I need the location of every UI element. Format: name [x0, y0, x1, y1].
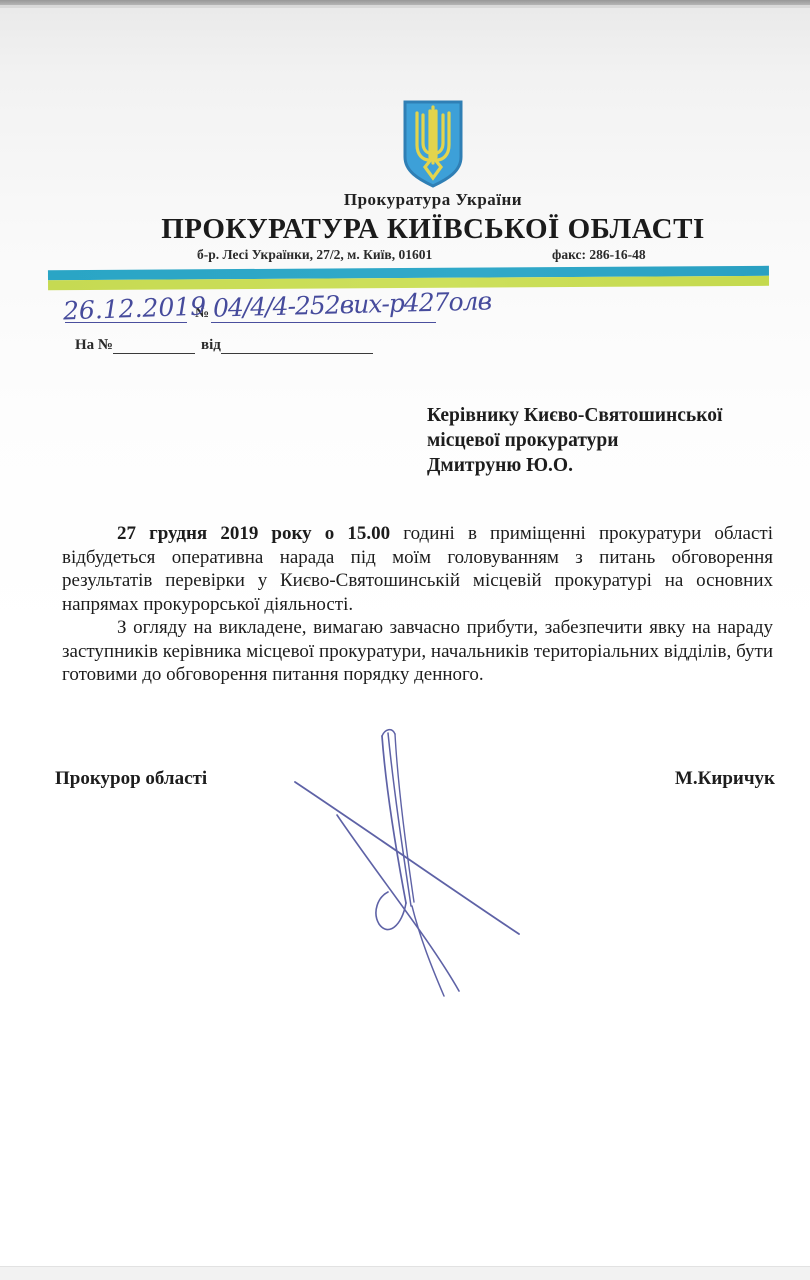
number-blank-line — [211, 322, 436, 323]
org-fax: факс: 286-16-48 — [552, 247, 646, 263]
signer-name: М.Киричук — [635, 768, 775, 790]
paragraph-2: З огляду на викладене, вимагаю завчасно … — [62, 616, 773, 687]
letter-body: 27 грудня 2019 року о 15.00 годині в при… — [62, 522, 773, 687]
letterhead: Прокуратура України ПРОКУРАТУРА КИЇВСЬКО… — [56, 190, 810, 246]
ukraine-trident-emblem-icon — [400, 99, 466, 189]
reply-date-blank — [221, 339, 373, 354]
scan-edge-bottom — [0, 1266, 810, 1280]
handwritten-date: 26.12.2019 — [63, 292, 207, 326]
recipient-line2: місцевої прокуратури — [427, 428, 772, 453]
reply-number-blank — [113, 339, 195, 354]
handwritten-number: 04/4/4-252вих-р427олв — [213, 286, 492, 322]
handwritten-signature — [270, 712, 540, 1012]
scan-edge-top-shadow — [0, 5, 810, 8]
paragraph-1-lead: 27 грудня 2019 року о 15.00 — [117, 523, 390, 544]
org-parent-name: Прокуратура України — [56, 190, 810, 210]
org-main-name: ПРОКУРАТУРА КИЇВСЬКОЇ ОБЛАСТІ — [56, 213, 810, 246]
reply-reference-line: На №від — [75, 337, 373, 354]
paragraph-1: 27 грудня 2019 року о 15.00 годині в при… — [62, 522, 773, 616]
recipient-line1: Керівнику Києво-Святошинської — [427, 403, 772, 428]
reply-label-na: На № — [75, 337, 113, 353]
scanned-letter-page: Прокуратура України ПРОКУРАТУРА КИЇВСЬКО… — [0, 0, 810, 1280]
org-address: б-р. Лесі Українки, 27/2, м. Київ, 01601 — [197, 247, 432, 263]
signer-title: Прокурор області — [55, 768, 207, 790]
outgoing-reference-line: № 26.12.2019 04/4/4-252вих-р427олв — [65, 300, 545, 336]
recipient-line3: Дмитруню Ю.О. — [427, 453, 772, 478]
flag-stripe — [48, 266, 769, 290]
reply-label-vid: від — [201, 337, 221, 353]
recipient-block: Керівнику Києво-Святошинської місцевої п… — [427, 403, 772, 478]
